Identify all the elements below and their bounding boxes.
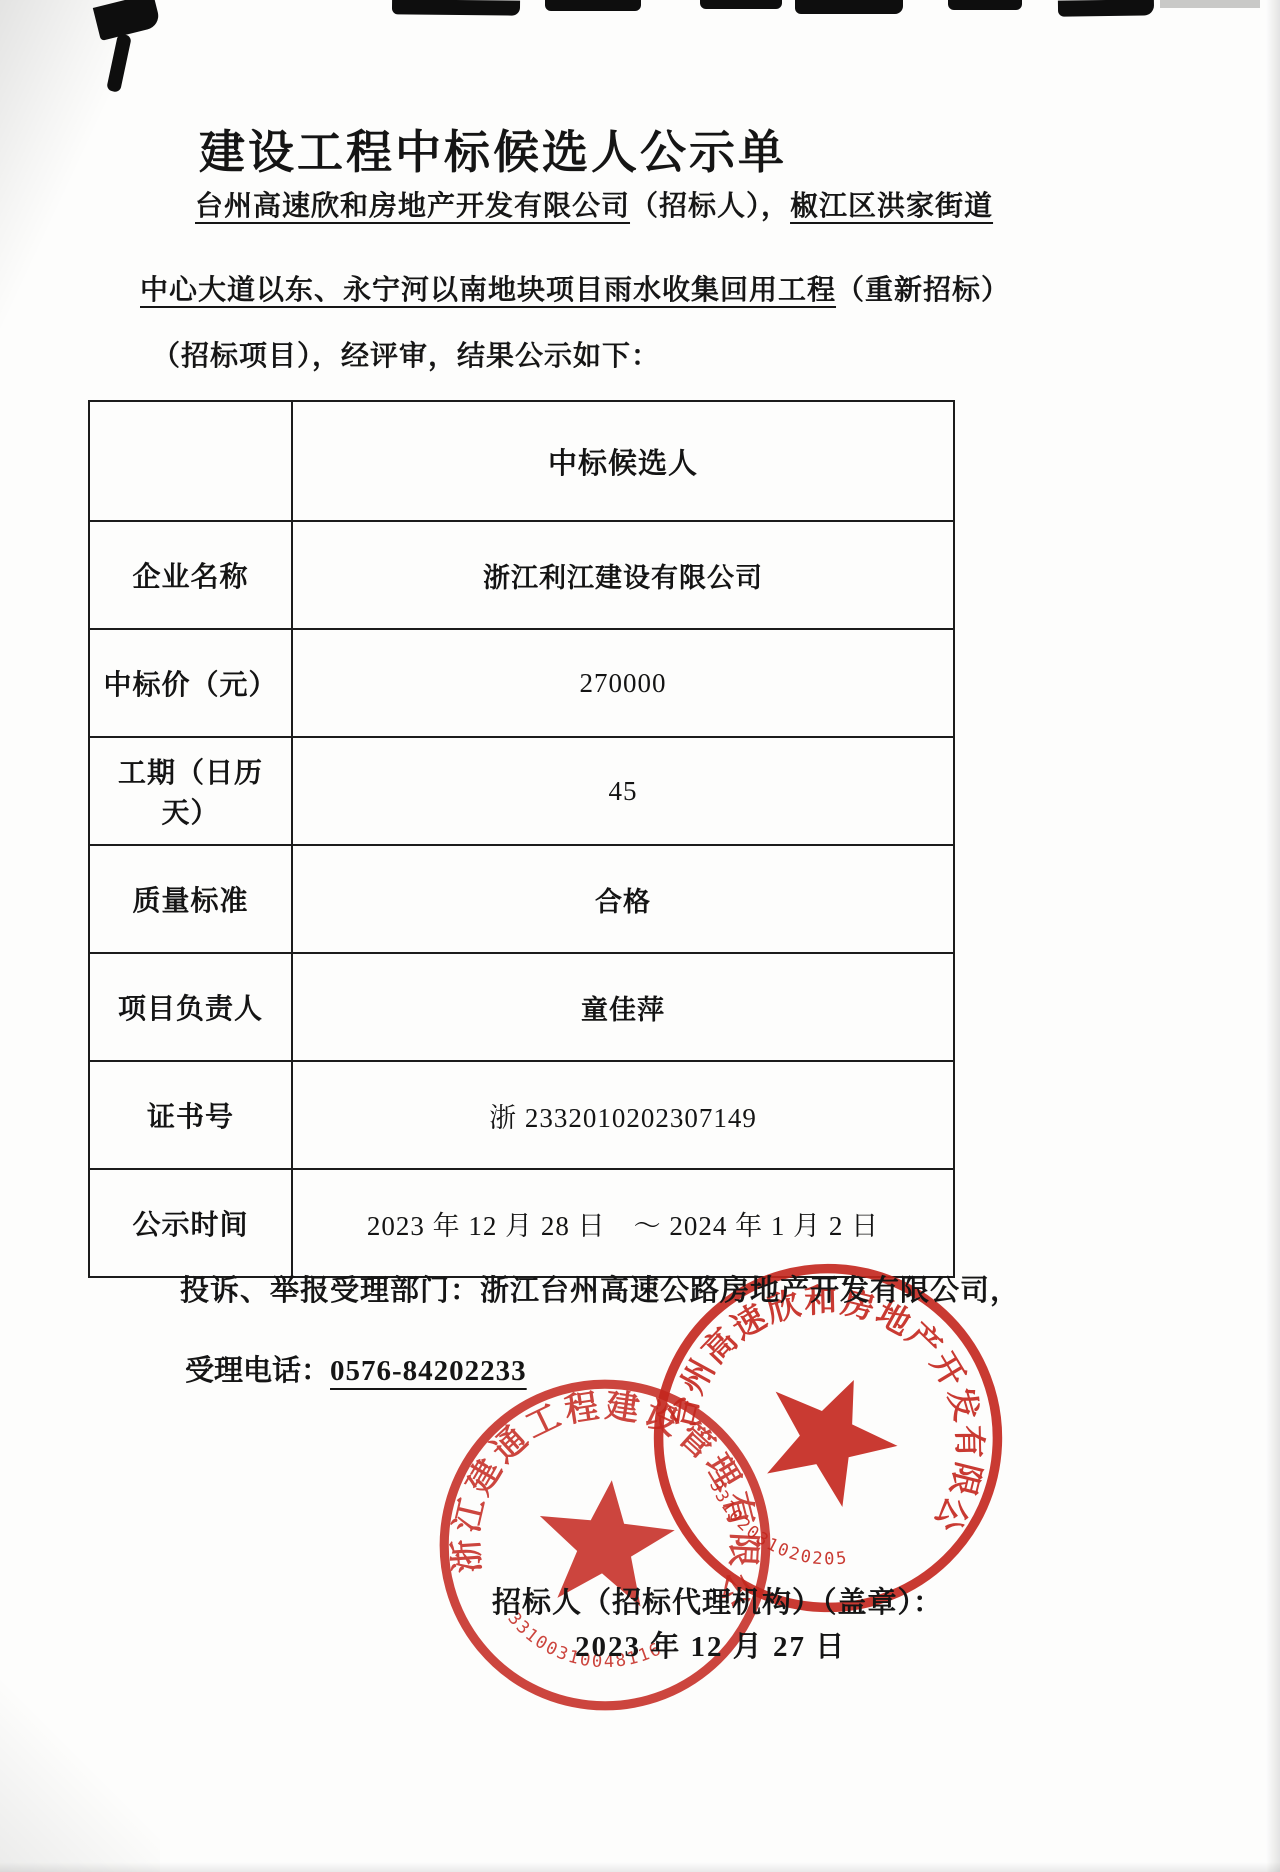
row-value: 270000	[292, 629, 954, 737]
row-value: 浙 2332010202307149	[292, 1061, 954, 1169]
scan-artifact	[392, 0, 520, 16]
page-title: 建设工程中标候选人公示单	[88, 116, 898, 182]
row-label: 证书号	[89, 1061, 292, 1169]
scan-artifact	[545, 0, 641, 11]
row-label: 中标价（元）	[89, 629, 292, 737]
tenderer-name: 台州高速欣和房地产开发有限公司	[195, 191, 630, 222]
scan-artifact	[795, 0, 903, 14]
table-row: 工期（日历天） 45	[89, 737, 954, 845]
header-empty-cell	[89, 401, 292, 521]
row-value: 童佳萍	[292, 953, 954, 1061]
scan-edge	[0, 1862, 1280, 1872]
intro-line-2: 中心大道以东、永宁河以南地块项目雨水收集回用工程（重新招标）	[140, 268, 1010, 308]
phone-number: 0576-84202233	[330, 1355, 527, 1387]
seal-star-icon	[744, 1353, 915, 1518]
scan-fold	[0, 1672, 160, 1872]
header-candidate-cell: 中标候选人	[292, 401, 954, 521]
scan-artifact	[1058, 0, 1154, 17]
row-label: 项目负责人	[89, 953, 292, 1061]
complaint-line: 投诉、举报受理部门：浙江台州高速公路房地产开发有限公司，	[180, 1268, 1020, 1309]
row-value: 浙江利江建设有限公司	[292, 521, 954, 629]
rebid-note: （重新招标）	[836, 275, 1010, 306]
stamp-caption-line: 招标人（招标代理机构）（盖章）：	[492, 1580, 943, 1621]
tenderer-suffix: （招标人），	[630, 191, 790, 222]
table-header-row: 中标候选人	[89, 401, 954, 521]
row-label: 企业名称	[89, 521, 292, 629]
table-row: 质量标准 合格	[89, 845, 954, 953]
intro-line-3: （招标项目），经评审，结果公示如下：	[152, 334, 660, 374]
project-name: 中心大道以东、永宁河以南地块项目雨水收集回用工程	[140, 275, 836, 306]
stamp-date-line: 2023 年 12 月 27 日	[575, 1624, 846, 1665]
row-value: 合格	[292, 845, 954, 953]
table-row: 证书号 浙 2332010202307149	[89, 1061, 954, 1169]
phone-label: 受理电话：	[185, 1355, 330, 1387]
table-row: 企业名称 浙江利江建设有限公司	[89, 521, 954, 629]
scan-artifact	[700, 0, 782, 9]
intro-line-1: 台州高速欣和房地产开发有限公司（招标人），椒江区洪家街道	[195, 184, 993, 224]
table-row: 中标价（元） 270000	[89, 629, 954, 737]
row-value: 45	[292, 737, 954, 845]
row-label: 工期（日历天）	[89, 737, 292, 845]
row-label: 公示时间	[89, 1169, 292, 1277]
scan-artifact	[948, 0, 1022, 10]
scanned-document-page: 建设工程中标候选人公示单 台州高速欣和房地产开发有限公司（招标人），椒江区洪家街…	[0, 0, 1280, 1872]
bid-result-table: 中标候选人 企业名称 浙江利江建设有限公司 中标价（元） 270000 工期（日…	[88, 400, 955, 1278]
scan-edge	[1266, 0, 1280, 1872]
row-label: 质量标准	[89, 845, 292, 953]
project-location-part: 椒江区洪家街道	[790, 191, 993, 222]
phone-line: 受理电话：0576-84202233	[185, 1348, 527, 1389]
scan-artifact	[1160, 0, 1260, 8]
table-row: 项目负责人 童佳萍	[89, 953, 954, 1061]
